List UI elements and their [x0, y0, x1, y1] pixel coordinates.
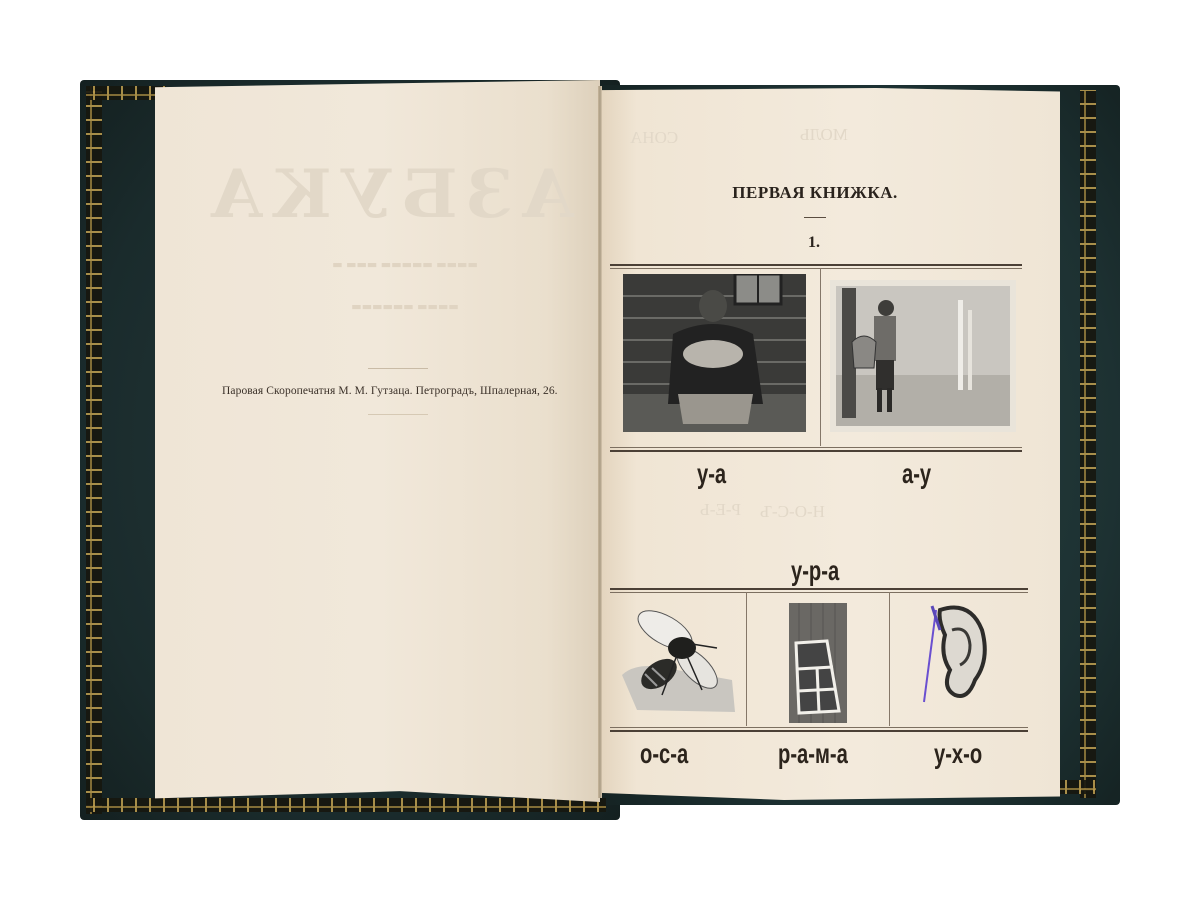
- rule: [368, 368, 428, 369]
- ghost-title-bleedthrough: АЗБУКА: [215, 155, 575, 233]
- ghost-text: Р-Е-Ь: [700, 500, 741, 520]
- frame-divider: [746, 592, 747, 726]
- ghost-line: ▬▬▬▬ ▬▬▬▬▬ ▬▬▬ ▬: [260, 258, 550, 271]
- ghost-line: ▬▬▬▬ ▬▬▬▬▬▬: [300, 300, 510, 313]
- word-u-r-a: у-р-а: [791, 555, 839, 587]
- gilt-border-right: [1080, 90, 1096, 798]
- printer-imprint: Паровая Скоропечатня М. М. Гутзаца. Петр…: [222, 385, 602, 397]
- gilt-border-left: [86, 86, 102, 814]
- word-r-a-m-a: р-а-м-а: [778, 738, 848, 770]
- ear-picture: [920, 600, 1000, 715]
- frame-divider: [889, 592, 890, 726]
- window-frame-picture: [789, 603, 847, 723]
- gilt-border-bottom: [86, 798, 606, 812]
- rule: [368, 414, 428, 415]
- boy-with-basket-picture: [830, 280, 1016, 432]
- ghost-text: МОЛЬ: [800, 125, 848, 145]
- word-a-u: а-у: [902, 458, 931, 490]
- ghost-text: COHA: [630, 128, 678, 148]
- book-gutter: [598, 86, 602, 798]
- mother-with-baby-picture: [623, 274, 806, 432]
- gilt-border-bottom-right: [1058, 780, 1096, 794]
- gilt-border-top-left: [86, 86, 166, 100]
- word-u-h-o: у-х-о: [934, 738, 982, 770]
- frame-divider: [820, 268, 821, 446]
- heading-dash: [804, 217, 826, 218]
- page-heading: ПЕРВАЯ КНИЖКА.: [700, 183, 930, 203]
- ghost-text: Н-О-С-Ъ: [760, 502, 825, 522]
- open-book: АЗБУКА ▬▬▬▬ ▬▬▬▬▬ ▬▬▬ ▬ ▬▬▬▬ ▬▬▬▬▬▬ Паро…: [0, 0, 1200, 900]
- word-u-a: у-а: [697, 458, 726, 490]
- word-o-s-a: о-с-а: [640, 738, 688, 770]
- lesson-number: 1.: [808, 234, 820, 252]
- wasp-picture: [617, 600, 739, 715]
